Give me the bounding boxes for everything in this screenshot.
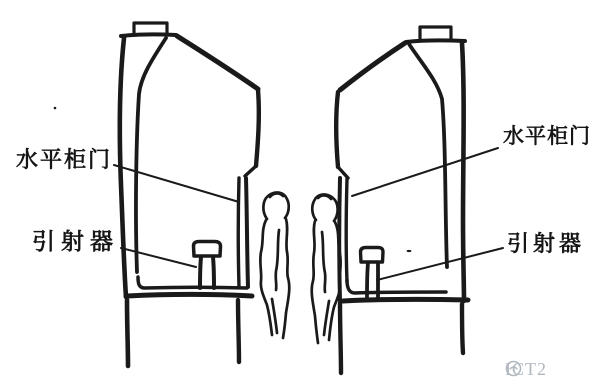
right-cabinet-outer-right-edge (462, 43, 464, 301)
left-cabinet (120, 23, 259, 366)
left-cabinet-right-leg (238, 300, 239, 362)
left-ejector (194, 242, 221, 289)
left-cabinet-inner-left-line (136, 38, 166, 272)
person-left-hair (270, 193, 283, 197)
left-cabinet-right-edge-upper (256, 90, 259, 166)
label-horizontal-door-right: 水平柜门 (503, 126, 591, 147)
right-cabinet-left-edge-lower (339, 178, 340, 301)
left-cabinet-chimney-cap (134, 23, 167, 33)
right-cabinet-chimney-cap (420, 27, 451, 38)
leader-right-horizontal-door (352, 148, 498, 196)
right-ejector-stem-left (367, 263, 368, 297)
right-cabinet-left-leg (340, 303, 341, 373)
person-right-head (312, 194, 337, 221)
right-ejector-cap (361, 248, 384, 263)
right-cabinet-left-edge-upper (336, 92, 338, 167)
left-ejector-stem-right (213, 257, 214, 288)
right-cabinet-chimney-top (406, 40, 465, 42)
left-cabinet-chimney-top (121, 34, 176, 36)
right-cabinet-right-leg (462, 304, 463, 353)
left-cabinet-right-edge-jog (245, 166, 256, 176)
speck-dash (407, 250, 412, 252)
right-cabinet-table-top (343, 299, 468, 301)
right-ejector (361, 248, 384, 298)
label-horizontal-door-left: 水平柜门 (16, 149, 112, 171)
left-cabinet-shelf-line (138, 277, 247, 288)
diagram-page: 水平柜门 引射器 水平柜门 引射器 ICT2 (0, 0, 595, 392)
left-cabinet-right-edge-lower (246, 178, 248, 287)
person-right-silhouette (312, 194, 341, 343)
person-right-back-outline (312, 221, 318, 343)
person-left-inner-line (276, 230, 279, 290)
leader-left-horizontal-door (114, 165, 239, 202)
left-ejector-stem-left (200, 257, 201, 288)
person-left-head (263, 192, 288, 219)
person-left-back-outline (283, 219, 289, 338)
watermark: ICT2 (505, 360, 547, 378)
right-cabinet-horizontal-door (346, 179, 347, 282)
left-ejector-cap (194, 242, 221, 257)
speck-dot (54, 107, 57, 110)
watermark-logo-icon (505, 360, 522, 377)
label-ejector-right: 引射器 (507, 233, 585, 255)
left-cabinet-table-top (126, 295, 252, 297)
right-cabinet-inner-right-line (409, 44, 447, 267)
person-left-leg-line (272, 299, 277, 333)
person-right-hair (318, 195, 331, 199)
person-left-silhouette (260, 192, 289, 338)
left-cabinet-horizontal-door (238, 178, 239, 287)
person-left-front-outline (260, 220, 272, 335)
left-cabinet-top-slope (177, 36, 258, 89)
right-cabinet (336, 27, 468, 373)
left-cabinet-left-leg (127, 300, 128, 366)
fume-hood-diagram-canvas (0, 0, 595, 392)
person-right-inner-line (322, 232, 325, 292)
leader-right-ejector (377, 248, 503, 280)
leader-left-ejector (121, 248, 196, 267)
label-ejector-left: 引射器 (32, 230, 119, 253)
right-cabinet-top-slope (340, 43, 405, 90)
right-cabinet-shelf-line (347, 280, 446, 293)
person-right-leg-line (324, 301, 329, 335)
